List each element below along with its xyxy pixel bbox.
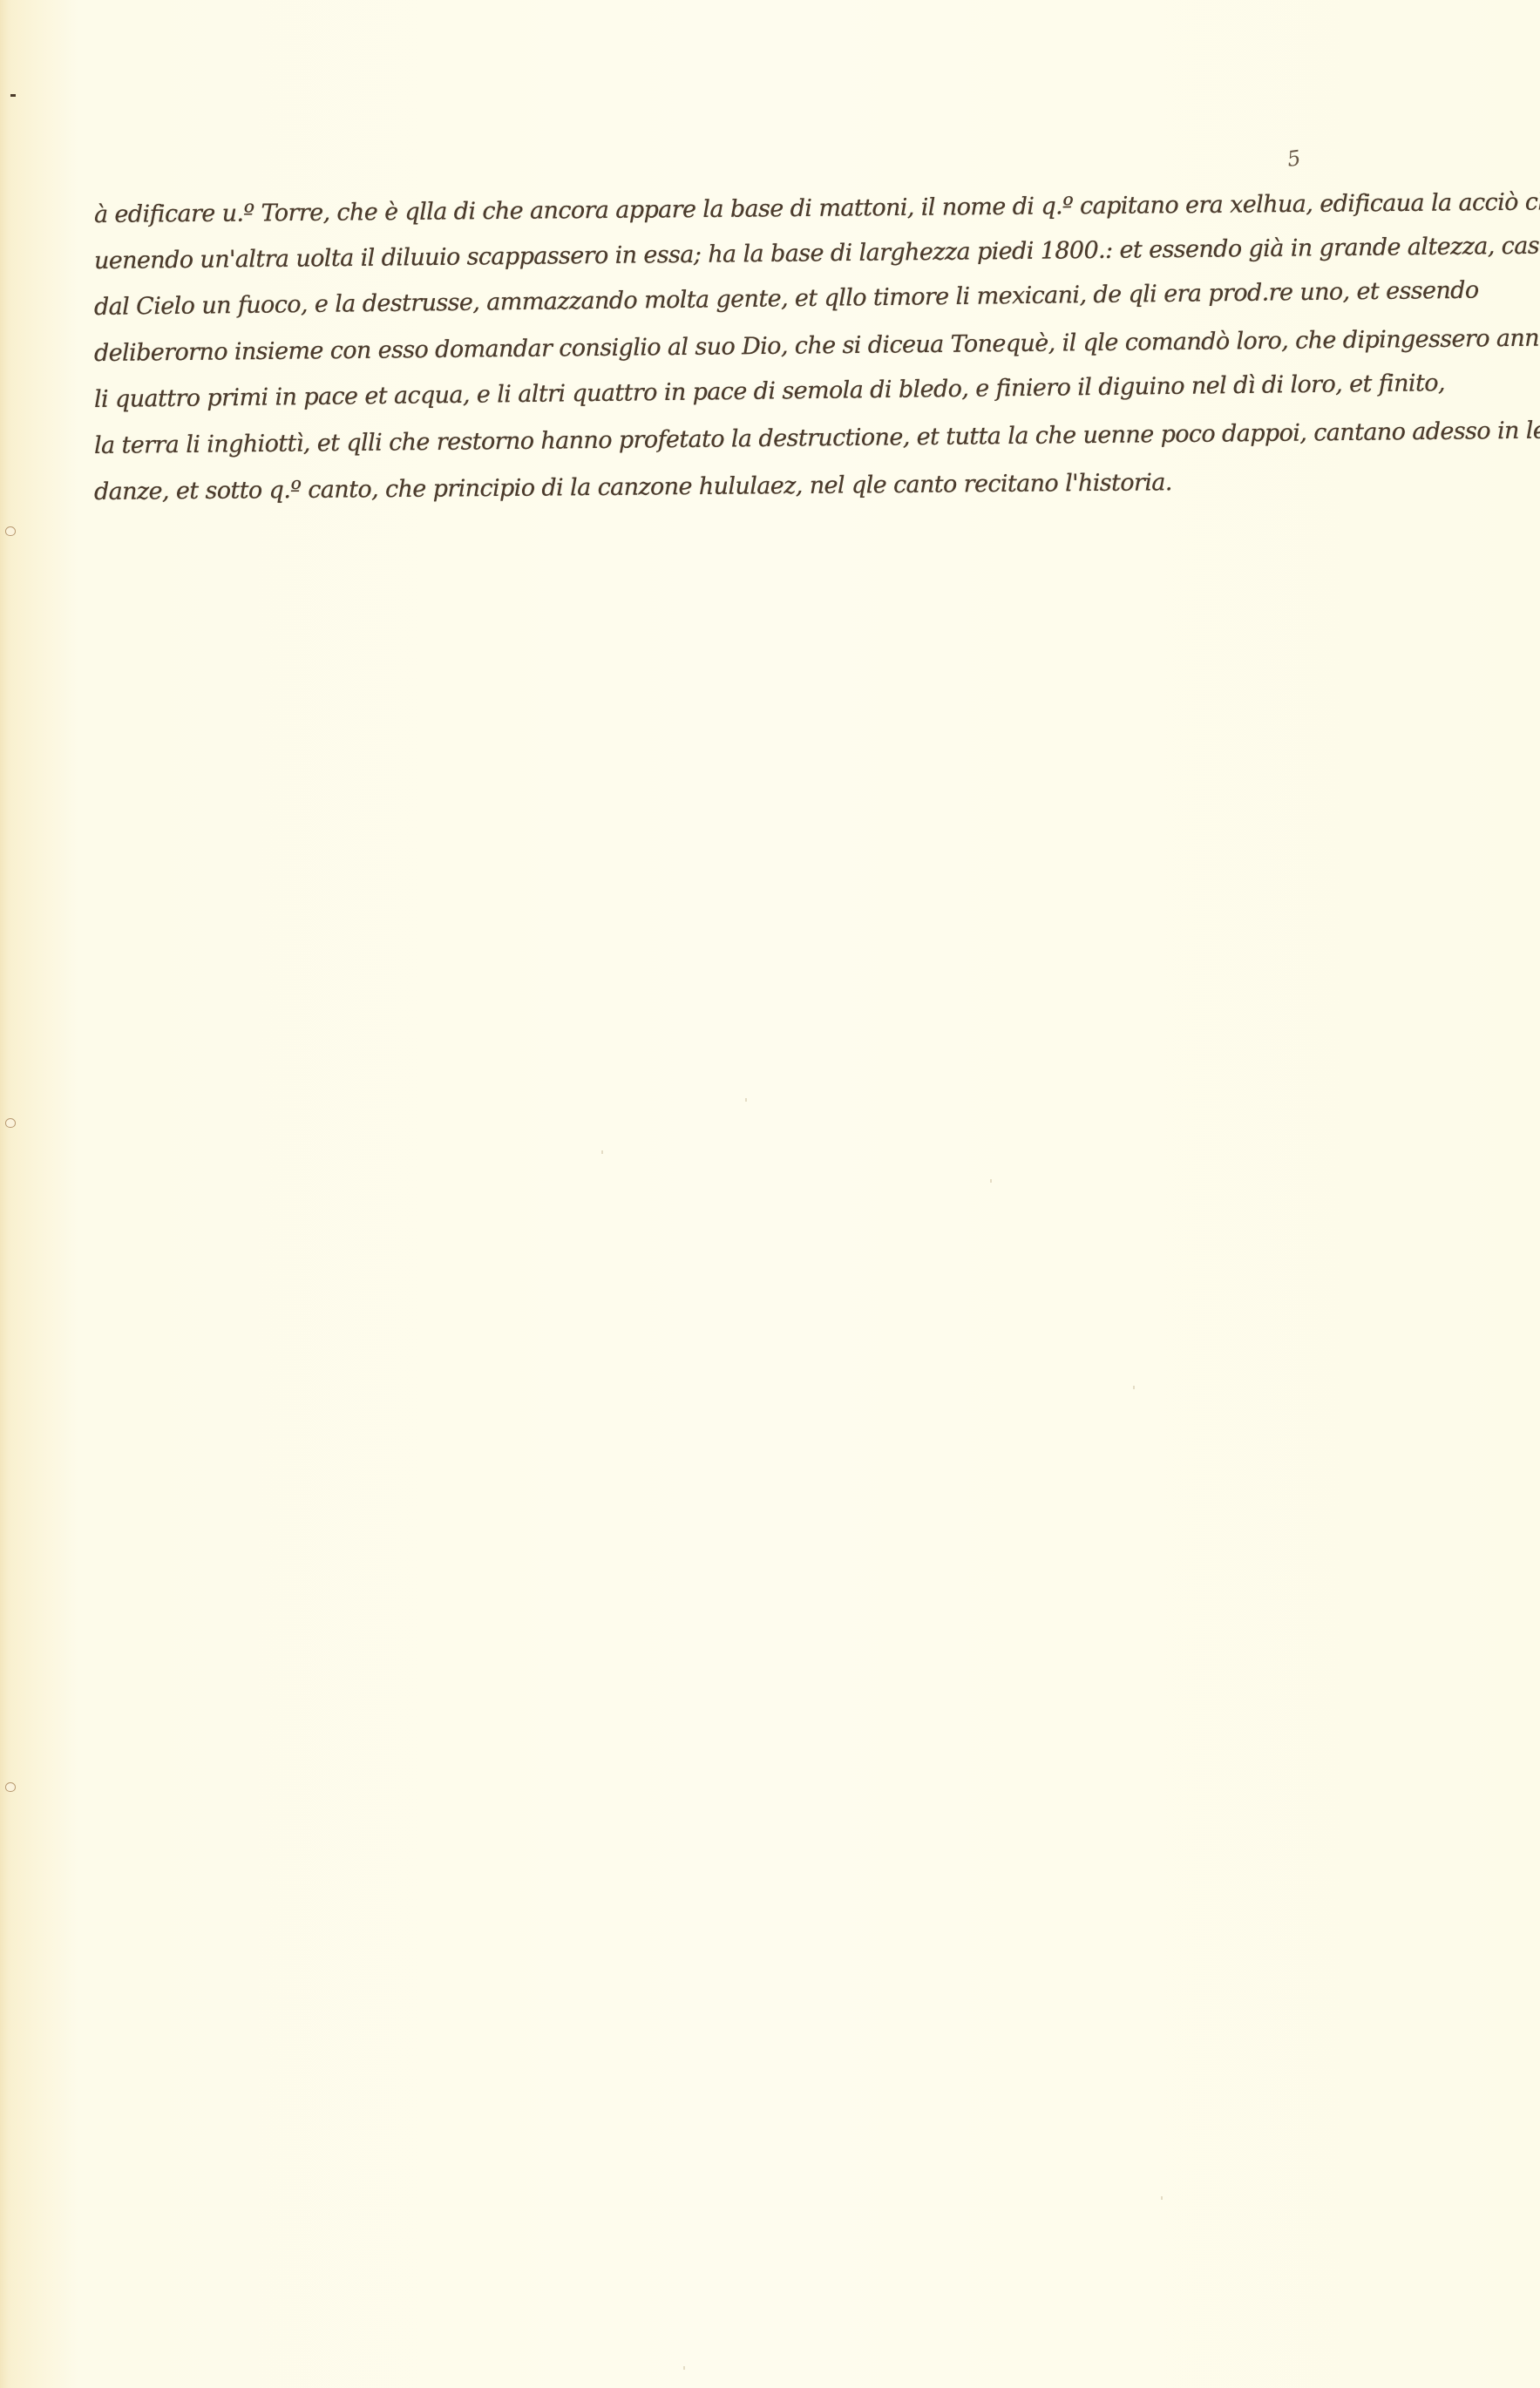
page-number: 5 [1286, 146, 1302, 172]
manuscript-text-block: à edificare u.º Torre, che è qlla di che… [94, 192, 1419, 515]
paper-speck [1161, 2196, 1163, 2200]
paper-speck [601, 1150, 603, 1154]
binding-hole [5, 1782, 16, 1792]
paper-speck [683, 2366, 685, 2370]
binding-hole [5, 1118, 16, 1128]
paper-speck [990, 1179, 992, 1183]
manuscript-page: 5 à edificare u.º Torre, che è qlla di c… [0, 0, 1540, 2388]
binding-mark [10, 94, 16, 97]
page-left-edge [0, 0, 12, 2388]
paper-speck [745, 1098, 747, 1102]
binding-hole [5, 526, 16, 536]
paper-speck [1133, 1386, 1135, 1389]
